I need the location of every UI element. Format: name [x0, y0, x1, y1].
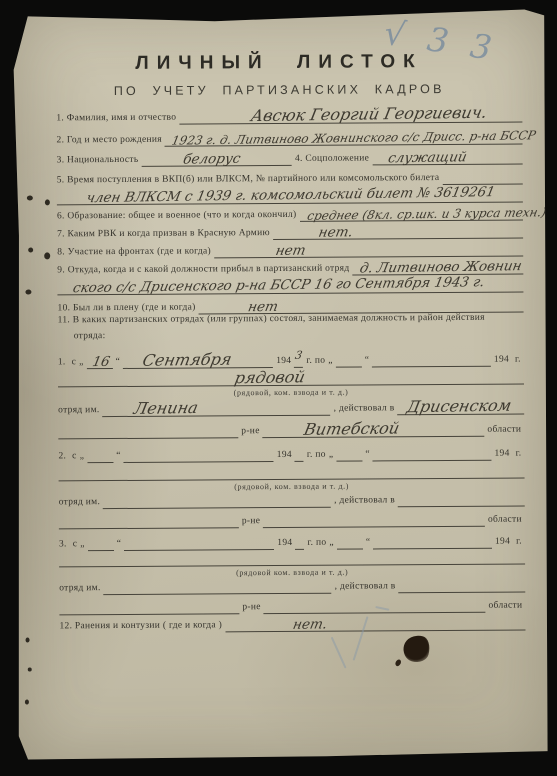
printed-acted-label: , действовал в [332, 581, 399, 593]
ink-speck [394, 659, 402, 668]
field-surname-value: Авсюк Георгий Георгиевич. [249, 103, 488, 126]
unit-row-1-district: р-не Витебской области [58, 419, 524, 440]
field-social-label: 4. Соцположение [292, 153, 372, 165]
field-education-line: среднее (8кл. ср.шк. и 3 курса техн.) [299, 206, 523, 222]
field-fronts-label: 8. Участие на фронтах (где и когда) [57, 246, 214, 259]
printed-oblast-label: области [485, 601, 525, 613]
printed-194: 194 [274, 450, 295, 462]
printed-g: г. [512, 355, 524, 367]
printed-194: 194 [491, 355, 512, 367]
printed-oblast-label: области [485, 515, 525, 527]
printed-unit-label: отряд им. [59, 583, 103, 595]
unit-row-1-position-line: рядовой [58, 370, 524, 388]
field-wounds-line: нет. [225, 616, 525, 633]
staple-hole [44, 252, 50, 259]
quote-open: „ [79, 357, 87, 369]
unit-row-2-unit-line [103, 493, 331, 509]
field-nationality-label: 3. Национальность [57, 155, 142, 168]
unit-row-2-position-line [58, 464, 524, 482]
unit-row-2-district-blank [59, 513, 239, 529]
unit-row-1-unit-value: Ленина [133, 398, 201, 418]
document-header: ЛИЧНЫЙ ЛИСТОК ПО УЧЕТУ ПАРТИЗАНСКИХ КАДР… [12, 50, 546, 98]
field-arrival-line1: д. Литвиново Жовнин [352, 260, 523, 276]
staple-hole [45, 199, 50, 205]
unit-row-1-position-value: рядовой [233, 367, 307, 387]
unit-row-2-num: 2. [58, 451, 72, 463]
printed-acted-label: , действовал в [331, 403, 398, 415]
unit-row-1-from-month: Сентября [141, 350, 234, 370]
staple-hole [28, 248, 33, 253]
field-wounds-label: 12. Ранения и контузии ( где и когда ) [59, 620, 225, 633]
unit-row-2-district-line [263, 512, 485, 528]
quote-open: „ [328, 356, 336, 368]
staple-hole [26, 638, 30, 643]
unit-row-1-acted-line: Дрисенском [397, 400, 524, 416]
printed-po: г. по [303, 356, 328, 368]
unit-row-1-from-year-line: 3 [294, 353, 303, 368]
field-social-value: служащий [386, 149, 468, 166]
quote-close: “ [113, 451, 124, 463]
staple-hole [25, 700, 29, 705]
printed-unit-label: отряд им. [59, 497, 103, 509]
quote-close: “ [362, 355, 373, 367]
document-subtitle: ПО УЧЕТУ ПАРТИЗАНСКИХ КАДРОВ [12, 81, 546, 98]
field-units-intro-line2: отряда: [74, 329, 524, 342]
printed-district-label: р-не [239, 516, 263, 528]
unit-row-1-unit: отряд им. Ленина , действовал в Дрисенск… [58, 397, 524, 418]
unit-row-1-district-blank [58, 423, 238, 439]
field-wounds-value: нет. [291, 616, 328, 633]
blue-pencil-stroke [331, 637, 347, 669]
printed-po: г. по [304, 450, 329, 462]
quote-open: „ [80, 451, 88, 463]
unit-row-1-to-day-line [336, 353, 362, 368]
printed-acted-label: , действовал в [331, 495, 398, 507]
unit-row-3-acted-line [399, 578, 526, 594]
unit-row-3-position-line [59, 550, 525, 568]
unit-row-1-to-month-line [372, 352, 491, 368]
quote-close: “ [362, 449, 373, 461]
field-nationality-line: белорус [141, 151, 292, 167]
staple-hole [28, 668, 32, 672]
staple-hole [27, 196, 33, 201]
printed-g: г. [513, 449, 525, 461]
printed-s: с [72, 357, 80, 369]
unit-row-1-from-day: 16 [91, 354, 111, 370]
printed-district-label: р-не [239, 602, 263, 614]
unit-row-1-from-month-line: Сентября [123, 353, 273, 369]
unit-row-2-to-month-line [373, 446, 492, 462]
printed-s: с [72, 451, 80, 463]
printed-district-label: р-не [238, 426, 262, 438]
document-page: √ 3 3 ЛИЧНЫЙ ЛИСТОК ПО УЧЕТУ ПАРТИЗАНСКИ… [12, 6, 551, 762]
unit-row-2-to-day-line [336, 447, 362, 462]
unit-row-3-unit-line [104, 579, 332, 595]
unit-row-1-unit-line: Ленина [103, 401, 331, 417]
field-rvk-value: нет. [317, 224, 354, 241]
field-arrival-row2: ского с/с Дрисенского р-на БССР 16 го Се… [57, 275, 523, 296]
field-captivity-label: 10. Был ли в плену (где и когда) [58, 303, 199, 316]
field-arrival-line2: ского с/с Дрисенского р-на БССР 16 го Се… [57, 278, 523, 296]
field-wounds-row: 12. Ранения и контузии ( где и когда ) н… [59, 613, 525, 634]
unit-row-3-position [59, 547, 525, 568]
field-captivity-value: нет [247, 299, 280, 315]
field-surname-line: Авсюк Георгий Георгиевич. [179, 108, 522, 125]
quote-open: „ [329, 450, 337, 462]
field-birth-label: 2. Год и место рождения [56, 135, 165, 148]
unit-row-2-acted-line [398, 492, 525, 508]
field-birth-line: 1923 г. д. Литвиново Жовнинского с/с Дри… [165, 130, 523, 147]
printed-oblast-label: области [484, 425, 524, 437]
unit-row-2-from-year-line [295, 447, 304, 462]
printed-194: 194 [491, 449, 512, 461]
field-birth-row: 2. Год и место рождения 1923 г. д. Литви… [56, 127, 522, 148]
unit-row-1-position: рядовой [58, 367, 524, 388]
unit-row-2-from-day-line [87, 448, 113, 463]
field-nationality-social-row: 3. Национальность белорус 4. Соцположени… [57, 147, 523, 168]
field-party-line-short [442, 170, 522, 185]
printed-unit-label: отряд им. [58, 405, 102, 417]
field-social-line: служащий [372, 150, 523, 166]
field-birth-value: 1923 г. д. Литвиново Жовнинского с/с Дри… [171, 128, 538, 147]
ink-blot [401, 632, 433, 665]
unit-row-1-district-line: Витебской [263, 422, 485, 438]
field-surname-label: 1. Фамилия, имя и отчество [56, 113, 179, 126]
field-arrival-value-line2: ского с/с Дрисенского р-на БССР 16 го Се… [71, 274, 486, 296]
field-surname-row: 1. Фамилия, имя и отчество Авсюк Георгий… [56, 105, 522, 126]
field-nationality-value: белорус [182, 151, 242, 168]
quote-close: “ [113, 357, 124, 369]
unit-row-3-unit: отряд им. , действовал в [59, 575, 525, 596]
unit-row-3-district-blank [59, 599, 239, 615]
staple-hole [25, 290, 31, 295]
unit-row-2-from-month-line [124, 447, 274, 463]
unit-row-1-num: 1. [58, 357, 72, 369]
unit-row-1-district-value: Витебской [303, 418, 402, 438]
document-title: ЛИЧНЫЙ ЛИСТОК [12, 50, 546, 75]
field-units-intro-line1: 11. В каких партизанских отрядах (или гр… [58, 313, 524, 326]
unit-row-1-from-year-digit: 3 [294, 349, 304, 362]
unit-row-2-unit: отряд им. , действовал в [59, 489, 525, 510]
unit-row-2-district: р-не области [59, 509, 525, 530]
unit-row-2-position [58, 461, 524, 482]
unit-row-1-acted-value: Дрисенском [406, 396, 514, 417]
printed-194: 194 [273, 356, 294, 368]
unit-row-1-from-day-line: 16 [87, 354, 113, 369]
field-rvk-line: нет. [273, 224, 523, 241]
field-fronts-value: нет [274, 243, 307, 259]
